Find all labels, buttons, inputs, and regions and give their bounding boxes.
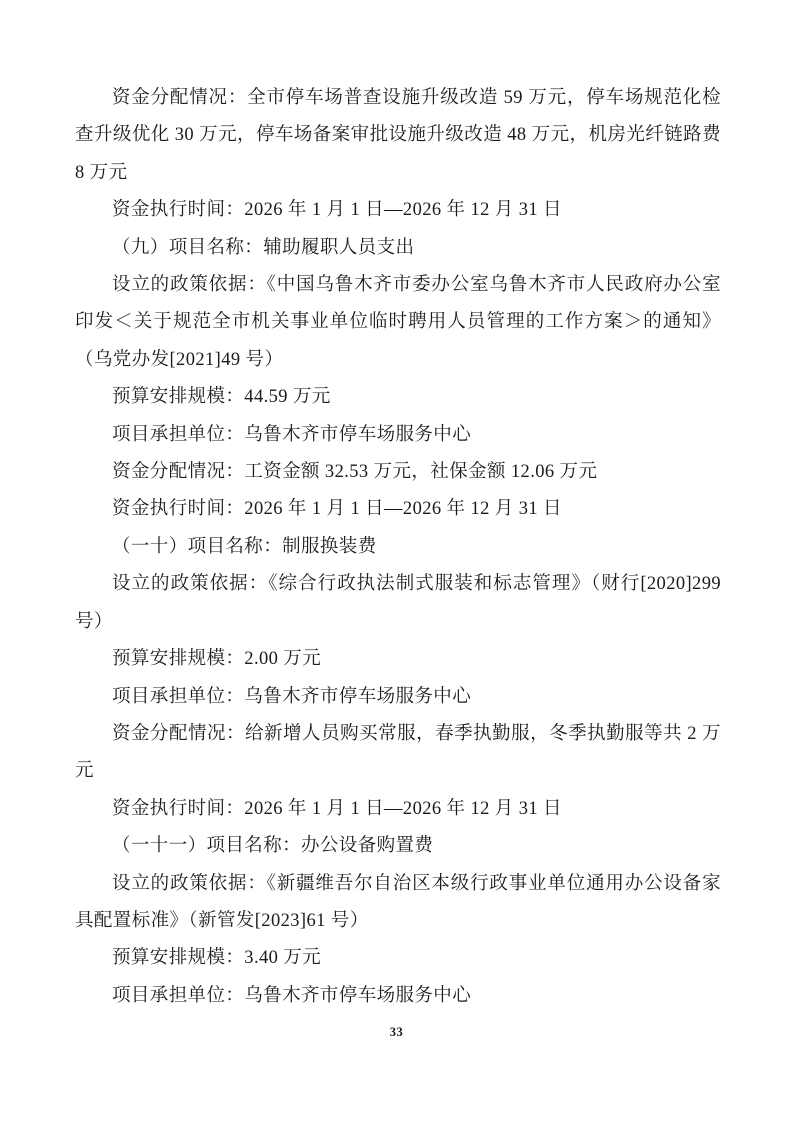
paragraph-project-11-policy: 设立的政策依据：《新疆维吾尔自治区本级行政事业单位通用办公设备家具配置标准》（新… bbox=[75, 866, 721, 941]
paragraph-project-10-execution-time: 资金执行时间：2026 年 1 月 1 日—2026 年 12 月 31 日 bbox=[75, 791, 721, 828]
paragraph-project-9-budget: 预算安排规模：44.59 万元 bbox=[75, 379, 721, 416]
paragraph-project-11-title: （一十一）项目名称：办公设备购置费 bbox=[75, 828, 721, 865]
page-number: 33 bbox=[0, 1025, 793, 1040]
paragraph-project-11-undertaker: 项目承担单位：乌鲁木齐市停车场服务中心 bbox=[75, 978, 721, 1015]
paragraph-project-10-policy: 设立的政策依据：《综合行政执法制式服装和标志管理》（财行[2020]299 号） bbox=[75, 566, 721, 641]
paragraph-fund-allocation: 资金分配情况：全市停车场普查设施升级改造 59 万元，停车场规范化检查升级优化 … bbox=[75, 80, 721, 192]
document-body: 资金分配情况：全市停车场普查设施升级改造 59 万元，停车场规范化检查升级优化 … bbox=[75, 80, 721, 1015]
paragraph-project-9-title: （九）项目名称：辅助履职人员支出 bbox=[75, 230, 721, 267]
paragraph-project-9-execution-time: 资金执行时间：2026 年 1 月 1 日—2026 年 12 月 31 日 bbox=[75, 491, 721, 528]
paragraph-project-10-fund-allocation: 资金分配情况：给新增人员购买常服，春季执勤服，冬季执勤服等共 2 万元 bbox=[75, 716, 721, 791]
paragraph-project-11-budget: 预算安排规模：3.40 万元 bbox=[75, 940, 721, 977]
paragraph-project-9-fund-allocation: 资金分配情况：工资金额 32.53 万元，社保金额 12.06 万元 bbox=[75, 454, 721, 491]
paragraph-execution-time: 资金执行时间：2026 年 1 月 1 日—2026 年 12 月 31 日 bbox=[75, 192, 721, 229]
paragraph-project-10-undertaker: 项目承担单位：乌鲁木齐市停车场服务中心 bbox=[75, 679, 721, 716]
document-page: 资金分配情况：全市停车场普查设施升级改造 59 万元，停车场规范化检查升级优化 … bbox=[0, 0, 793, 1122]
paragraph-project-9-policy: 设立的政策依据：《中国乌鲁木齐市委办公室乌鲁木齐市人民政府办公室印发＜关于规范全… bbox=[75, 267, 721, 379]
paragraph-project-9-undertaker: 项目承担单位：乌鲁木齐市停车场服务中心 bbox=[75, 417, 721, 454]
paragraph-project-10-title: （一十）项目名称：制服换装费 bbox=[75, 529, 721, 566]
paragraph-project-10-budget: 预算安排规模：2.00 万元 bbox=[75, 641, 721, 678]
